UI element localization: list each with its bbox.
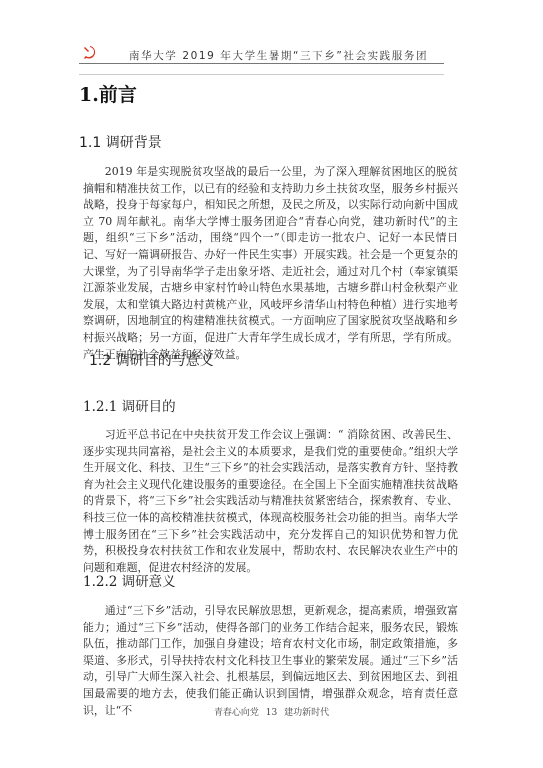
- header-divider: [79, 63, 444, 64]
- header-divider-secondary: [79, 74, 444, 75]
- page-footer: 青春心向党 13 建功新时代: [0, 705, 543, 718]
- party-emblem-icon: [82, 44, 98, 60]
- section-heading-1-2: 1.2 调研目的与意义: [89, 350, 214, 370]
- subsection-1-2-2-paragraph: 通过“三下乡”活动，引导农民解放思想，更新观念，提高素质，增强致富能力；通过“三…: [83, 603, 458, 719]
- footer-left-text: 青春心向党: [214, 708, 259, 718]
- section-1-1-paragraph: 2019 年是实现脱贫攻坚战的最后一公里，为了深入理解贫困地区的脱贫摘帽和精准扶…: [83, 164, 458, 363]
- footer-right-text: 建功新时代: [284, 708, 329, 718]
- section-heading-1-1: 1.1 调研背景: [79, 132, 162, 152]
- subsection-1-2-1-paragraph: 习近平总书记在中央扶贫开发工作会议上强调：“ 消除贫困、改善民生、逐步实现共同富…: [83, 427, 458, 576]
- page-number: 13: [266, 708, 277, 718]
- chapter-title: 1.前言: [79, 80, 137, 107]
- subsection-heading-1-2-2: 1.2.2 调研意义: [83, 570, 176, 590]
- subsection-heading-1-2-1: 1.2.1 调研目的: [83, 395, 176, 415]
- page-header: 南华大学 2019 年大学生暑期“三下乡”社会实践服务团: [79, 42, 444, 64]
- header-title: 南华大学 2019 年大学生暑期“三下乡”社会实践服务团: [129, 48, 428, 63]
